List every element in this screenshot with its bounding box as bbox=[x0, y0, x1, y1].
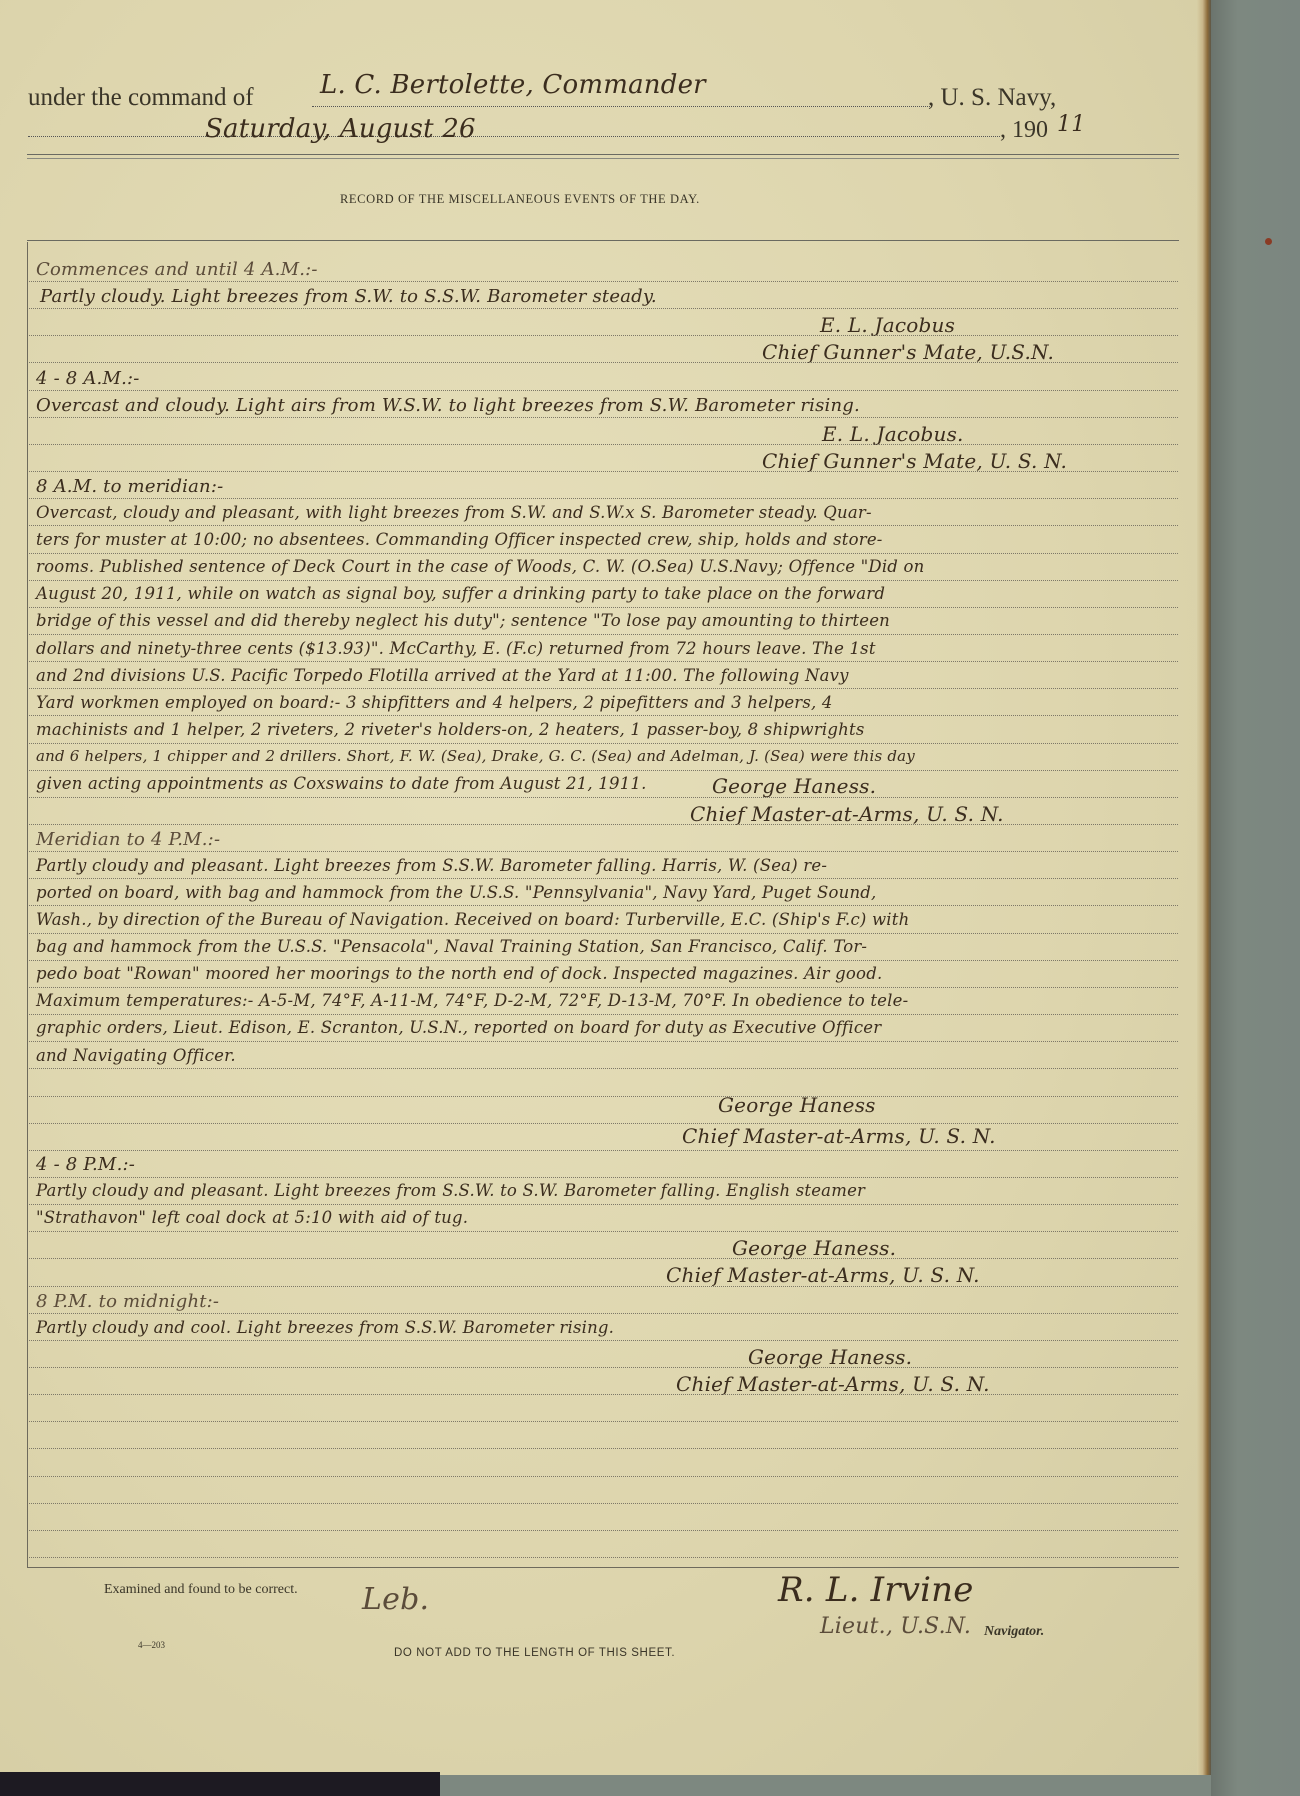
watch-signer-title: Chief Master-at-Arms, U. S. N. bbox=[690, 802, 1004, 826]
ruled-line bbox=[29, 1014, 1178, 1015]
watch-heading: 4 - 8 P.M.:- bbox=[36, 1154, 135, 1175]
watch-line: dollars and ninety-three cents ($13.93)"… bbox=[36, 639, 876, 658]
ruled-line bbox=[29, 1068, 1178, 1069]
ruled-line bbox=[29, 824, 1178, 825]
watch-heading: Meridian to 4 P.M.:- bbox=[36, 829, 220, 850]
watch-signature: George Haness. bbox=[748, 1345, 912, 1369]
ruled-line bbox=[29, 933, 1178, 934]
form-number: 4—203 bbox=[138, 1640, 165, 1650]
examined-label: Examined and found to be correct. bbox=[104, 1582, 298, 1598]
ruled-line bbox=[29, 1313, 1178, 1314]
date-fill-line bbox=[28, 136, 1000, 137]
ruled-line bbox=[29, 1448, 1178, 1449]
ruled-line bbox=[29, 878, 1178, 879]
watch-line: Partly cloudy. Light breezes from S.W. t… bbox=[40, 286, 657, 307]
ruled-line bbox=[29, 1041, 1178, 1042]
book-binding bbox=[1211, 0, 1300, 1796]
watch-signature: George Haness bbox=[718, 1093, 876, 1117]
ruled-line bbox=[29, 1177, 1178, 1178]
watch-line: bridge of this vessel and did thereby ne… bbox=[36, 611, 890, 630]
page-edge bbox=[1197, 0, 1211, 1775]
watch-line: rooms. Published sentence of Deck Court … bbox=[36, 557, 924, 576]
section-top-rule bbox=[27, 240, 1179, 241]
ruled-line bbox=[29, 1394, 1178, 1395]
stain-spot bbox=[1265, 238, 1272, 245]
ruled-line bbox=[29, 1286, 1178, 1287]
watch-line: Overcast and cloudy. Light airs from W.S… bbox=[36, 395, 860, 416]
ruled-line bbox=[29, 308, 1178, 309]
year-handwritten: 11 bbox=[1057, 112, 1085, 137]
watch-signer-title: Chief Gunner's Mate, U.S.N. bbox=[762, 340, 1054, 364]
ruled-line bbox=[29, 851, 1178, 852]
ruled-line bbox=[29, 580, 1178, 581]
watch-line: Partly cloudy and cool. Light breezes fr… bbox=[36, 1318, 614, 1337]
watch-signature: E. L. Jacobus bbox=[820, 313, 955, 337]
ruled-line bbox=[29, 444, 1178, 445]
watch-signer-title: Chief Master-at-Arms, U. S. N. bbox=[676, 1372, 990, 1396]
watch-line: graphic orders, Lieut. Edison, E. Scrant… bbox=[36, 1018, 881, 1037]
watch-heading: 8 A.M. to meridian:- bbox=[36, 476, 223, 497]
navy-suffix: , U. S. Navy, bbox=[928, 84, 1056, 112]
date-handwritten: Saturday, August 26 bbox=[205, 114, 476, 144]
ruled-line bbox=[29, 905, 1178, 906]
watch-line: pedo boat "Rowan" moored her moorings to… bbox=[36, 964, 882, 983]
ruled-line bbox=[29, 1503, 1178, 1504]
underlying-cover bbox=[0, 1772, 440, 1796]
watch-line: Maximum temperatures:- A-5-M, 74°F, A-11… bbox=[36, 991, 908, 1010]
ruled-line bbox=[29, 525, 1178, 526]
ruled-line bbox=[29, 281, 1178, 282]
ruled-line bbox=[29, 553, 1178, 554]
watch-line: machinists and 1 helper, 2 riveters, 2 r… bbox=[36, 720, 865, 739]
ruled-line bbox=[29, 607, 1178, 608]
ruled-line bbox=[29, 390, 1178, 391]
watch-line: Yard workmen employed on board:- 3 shipf… bbox=[36, 693, 833, 712]
watch-heading: Commences and until 4 A.M.:- bbox=[36, 259, 318, 280]
watch-line: given acting appointments as Coxswains t… bbox=[36, 774, 647, 793]
ruled-line bbox=[29, 797, 1178, 798]
ruled-line bbox=[29, 335, 1178, 336]
ruled-line bbox=[29, 362, 1178, 363]
ruled-line bbox=[29, 1530, 1178, 1531]
ruled-line bbox=[29, 1204, 1178, 1205]
watch-line: and 6 helpers, 1 chipper and 2 drillers.… bbox=[36, 747, 915, 765]
ruled-line bbox=[29, 1557, 1178, 1558]
ruled-line bbox=[29, 987, 1178, 988]
section-title: RECORD OF THE MISCELLANEOUS EVENTS OF TH… bbox=[340, 192, 700, 207]
ruled-line bbox=[29, 770, 1178, 771]
log-sheet: under the command of L. C. Bertolette, C… bbox=[0, 0, 1206, 1775]
watch-line: and 2nd divisions U.S. Pacific Torpedo F… bbox=[36, 666, 849, 685]
examiner-initials: Leb. bbox=[362, 1582, 429, 1617]
command-prefix: under the command of bbox=[28, 84, 254, 112]
watch-heading: 8 P.M. to midnight:- bbox=[36, 1291, 219, 1312]
watch-line: "Strathavon" left coal dock at 5:10 with… bbox=[36, 1208, 468, 1227]
commander-fill-line bbox=[312, 106, 930, 107]
commander-name: L. C. Bertolette, Commander bbox=[320, 70, 706, 100]
ruled-line bbox=[29, 498, 1178, 499]
watch-signature: George Haness. bbox=[712, 774, 876, 798]
ruled-line bbox=[29, 1150, 1178, 1151]
ruled-line bbox=[29, 1340, 1178, 1341]
ruled-line bbox=[29, 634, 1178, 635]
ruled-line bbox=[29, 1367, 1178, 1368]
watch-line: Wash., by direction of the Bureau of Nav… bbox=[36, 910, 909, 929]
year-printed: , 190 bbox=[1000, 117, 1048, 144]
ruled-line bbox=[29, 1096, 1178, 1097]
ruled-line bbox=[29, 715, 1178, 716]
watch-line: ters for muster at 10:00; no absentees. … bbox=[36, 530, 883, 549]
watch-signer-title: Chief Master-at-Arms, U. S. N. bbox=[666, 1263, 980, 1287]
length-notice: DO NOT ADD TO THE LENGTH OF THIS SHEET. bbox=[394, 1647, 675, 1659]
watch-signer-title: Chief Master-at-Arms, U. S. N. bbox=[682, 1124, 996, 1148]
watch-line: ported on board, with bag and hammock fr… bbox=[36, 883, 877, 902]
ruled-line bbox=[29, 661, 1178, 662]
ruled-line bbox=[29, 1476, 1178, 1477]
watch-line: Partly cloudy and pleasant. Light breeze… bbox=[36, 1181, 865, 1200]
watch-signature: George Haness. bbox=[732, 1236, 896, 1260]
watch-line: bag and hammock from the U.S.S. "Pensaco… bbox=[36, 937, 867, 956]
watch-line: August 20, 1911, while on watch as signa… bbox=[36, 584, 885, 603]
ruled-line bbox=[29, 1258, 1178, 1259]
watch-line: and Navigating Officer. bbox=[36, 1046, 236, 1065]
header-double-rule bbox=[27, 154, 1179, 159]
ruled-line bbox=[29, 688, 1178, 689]
ruled-line bbox=[29, 1231, 1178, 1232]
navigator-label: Navigator. bbox=[984, 1624, 1044, 1640]
ruled-line bbox=[29, 1123, 1178, 1124]
ruled-line bbox=[29, 743, 1178, 744]
navigator-signature: R. L. Irvine bbox=[778, 1570, 974, 1610]
ruled-line bbox=[29, 1421, 1178, 1422]
watch-line: Overcast, cloudy and pleasant, with ligh… bbox=[36, 503, 872, 522]
watch-line: Partly cloudy and pleasant. Light breeze… bbox=[36, 856, 827, 875]
ruled-line bbox=[29, 960, 1178, 961]
watch-signer-title: Chief Gunner's Mate, U. S. N. bbox=[762, 449, 1067, 473]
watch-heading: 4 - 8 A.M.:- bbox=[36, 368, 140, 389]
ruled-line bbox=[29, 417, 1178, 418]
navigator-rank: Lieut., U.S.N. bbox=[820, 1614, 971, 1639]
watch-signature: E. L. Jacobus. bbox=[822, 422, 964, 446]
ruled-line bbox=[29, 471, 1178, 472]
